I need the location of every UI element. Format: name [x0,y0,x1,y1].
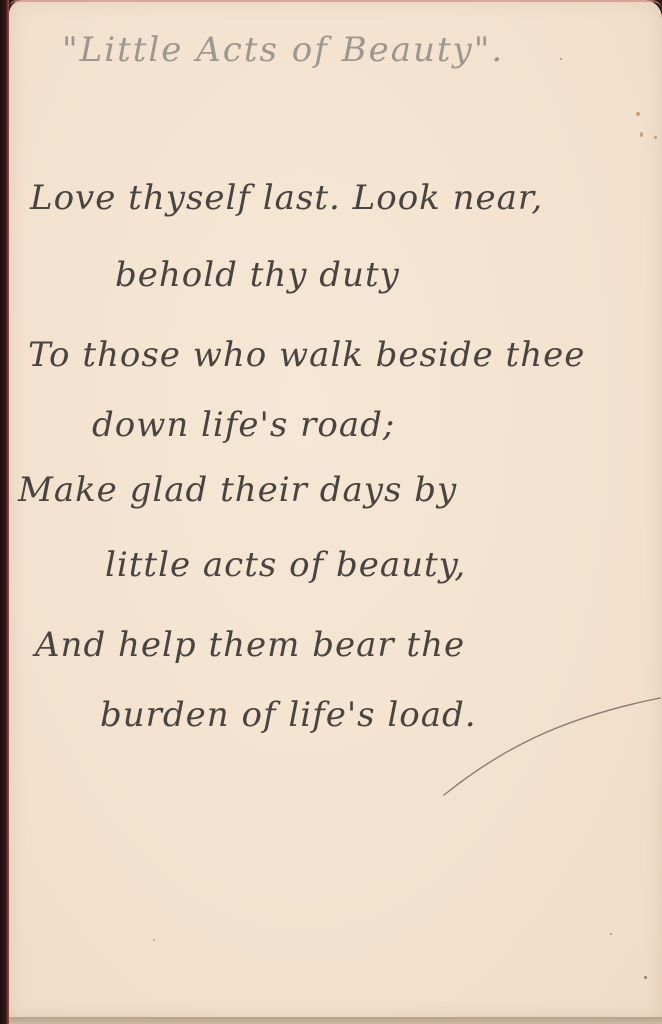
foxing-spot [654,136,657,139]
poem-line-8: burden of life's load. [100,695,477,735]
foxing-spot [560,58,562,60]
poem-line-3: To those who walk beside thee [28,335,585,375]
foxing-spot [153,939,155,941]
poem-line-1: Love thyself last. Look near, [30,178,543,218]
paper-top-edge [9,0,662,10]
foxing-spot [644,976,647,979]
paper-bottom-edge [9,1017,662,1024]
poem-line-4: down life's road; [92,405,395,445]
book-spine-edge [0,0,9,1024]
poem-line-7: And help them bear the [35,625,465,665]
poem-title: "Little Acts of Beauty". [62,30,504,70]
foxing-spot [640,132,643,137]
poem-line-2: behold thy duty [115,255,400,295]
poem-line-6: little acts of beauty, [105,545,466,585]
foxing-spot [636,112,640,116]
foxing-spot [610,933,612,935]
notebook-page-photo: "Little Acts of Beauty". Love thyself la… [0,0,662,1024]
poem-line-5: Make glad their days by [18,470,457,510]
